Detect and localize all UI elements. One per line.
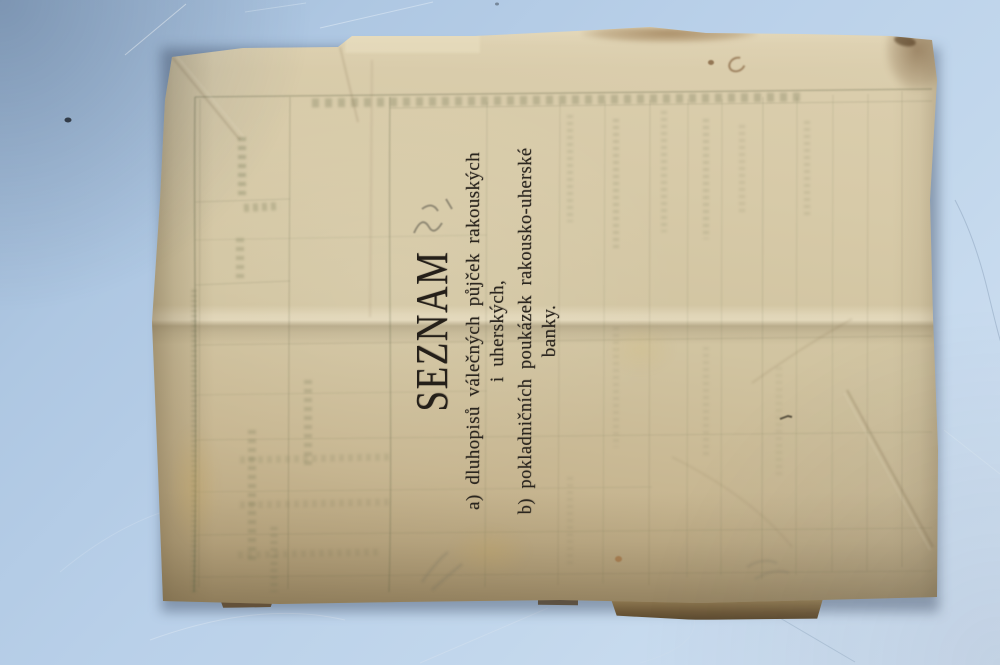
photo-scene: SEZNAM a) dluhopisů válečných půjček rak…: [0, 0, 1000, 665]
pencil-scribble-left: [422, 552, 462, 590]
handwritten-marks: [152, 27, 938, 604]
pencil-scribble-right: [747, 561, 789, 579]
mark-near-title: [414, 199, 452, 233]
small-ink-mark: [780, 416, 792, 419]
document-paper: SEZNAM a) dluhopisů válečných půjček rak…: [152, 27, 938, 604]
